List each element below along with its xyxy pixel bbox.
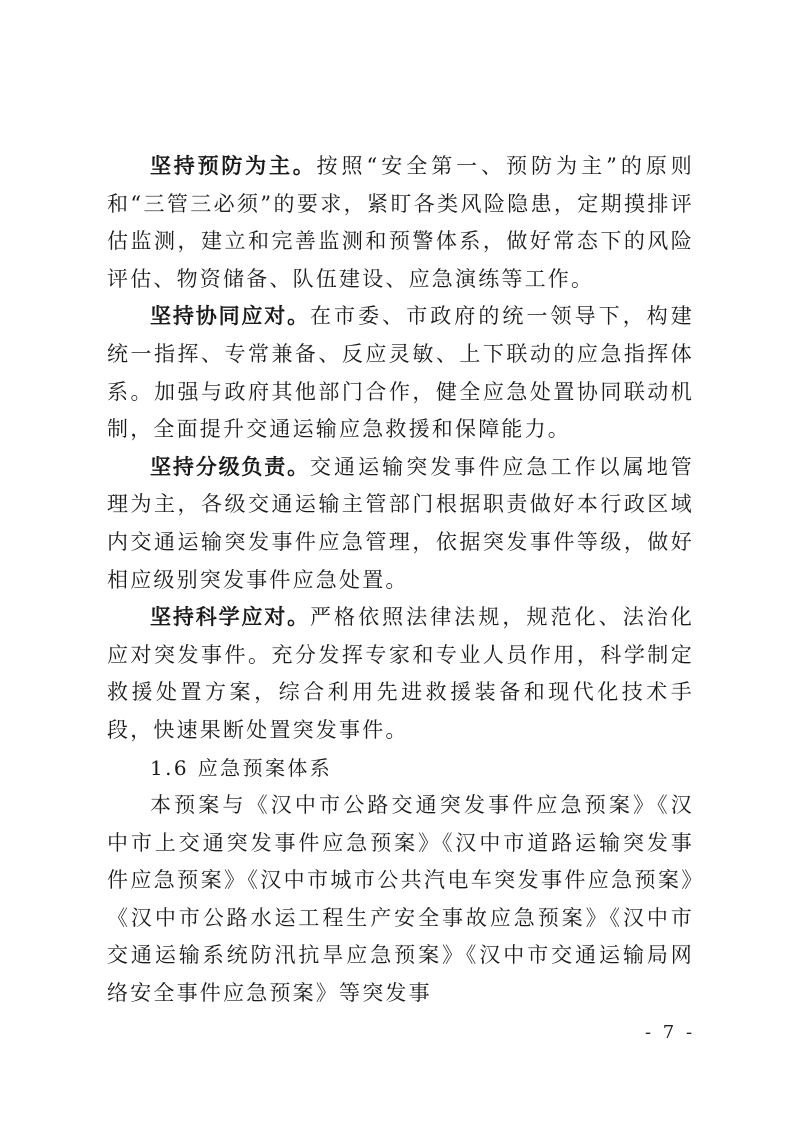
- paragraph-lead: 坚持分级负责。: [150, 455, 310, 479]
- page-number: - 7 -: [645, 1022, 695, 1043]
- paragraph-scientific-response: 坚持科学应对。严格依照法律法规，规范化、法治化应对突发事件。充分发挥专家和专业人…: [107, 599, 694, 749]
- section-heading: 1.6 应急预案体系: [107, 750, 694, 788]
- document-page: 坚持预防为主。按照“安全第一、预防为主”的原则和“三管三必须”的要求，紧盯各类风…: [0, 0, 793, 1122]
- document-body: 坚持预防为主。按照“安全第一、预防为主”的原则和“三管三必须”的要求，紧盯各类风…: [107, 148, 694, 1013]
- paragraph-prevention-first: 坚持预防为主。按照“安全第一、预防为主”的原则和“三管三必须”的要求，紧盯各类风…: [107, 148, 694, 298]
- paragraph-coordinated-response: 坚持协同应对。在市委、市政府的统一领导下，构建统一指挥、专常兼备、反应灵敏、上下…: [107, 298, 694, 448]
- paragraph-lead: 坚持预防为主。: [150, 154, 317, 178]
- paragraph-lead: 坚持科学应对。: [150, 605, 310, 629]
- paragraph-lead: 坚持协同应对。: [150, 304, 310, 328]
- section-paragraph: 本预案与《汉中市公路交通突发事件应急预案》《汉中市上交通突发事件应急预案》《汉中…: [107, 787, 694, 1013]
- paragraph-tiered-responsibility: 坚持分级负责。交通运输突发事件应急工作以属地管理为主，各级交通运输主管部门根据职…: [107, 449, 694, 599]
